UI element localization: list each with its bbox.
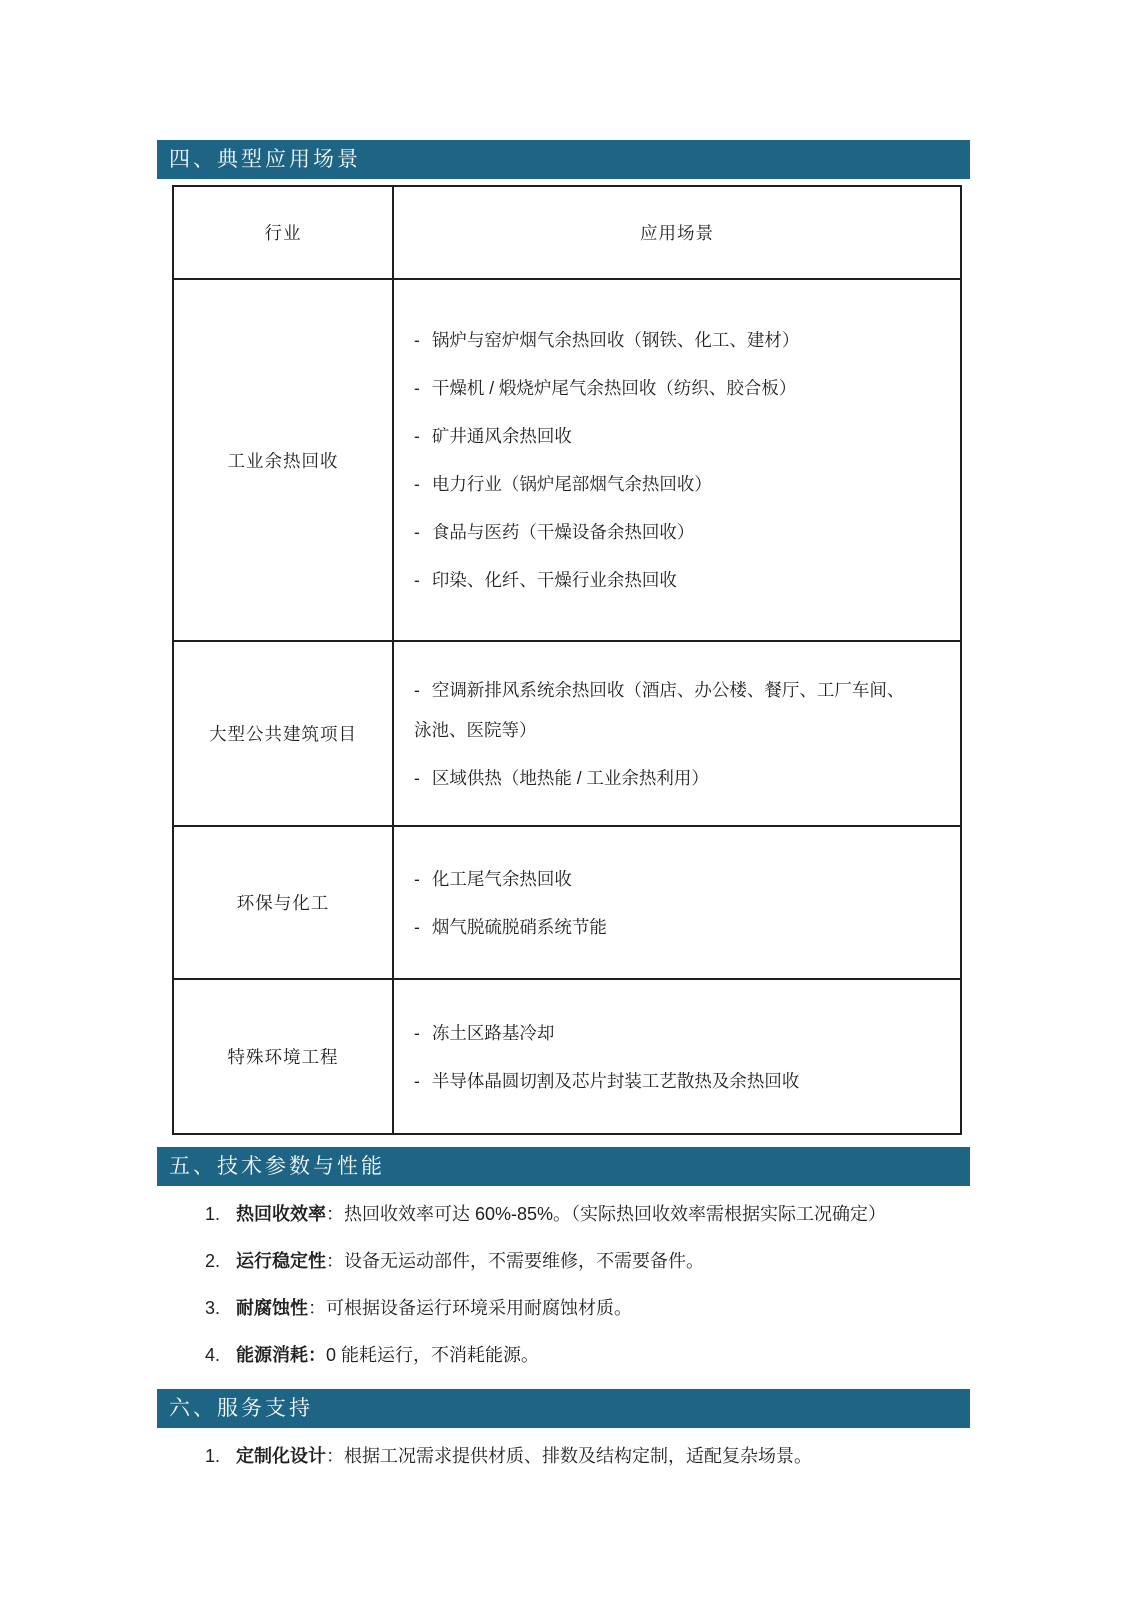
bullet-dash: - — [414, 474, 420, 494]
scenario-item: -化工尾气余热回收 — [414, 859, 905, 899]
scenario-text: 印染、化纤、干燥行业余热回收 — [432, 570, 677, 590]
item-rest-text: 0 能耗运行，不消耗能源。 — [326, 1345, 539, 1365]
scenario-text: 化工尾气余热回收 — [432, 869, 572, 889]
technical-parameters-list: 1. 热回收效率：热回收效率可达 60%-85%。（实际热回收效率需根据实际工况… — [157, 1201, 970, 1368]
item-rest-text: ：根据工况需求提供材质、排数及结构定制，适配复杂场景。 — [326, 1446, 812, 1466]
scenario-item: -印染、化纤、干燥行业余热回收 — [414, 560, 905, 600]
list-item: 2. 运行稳定性：设备无运动部件，不需要维修，不需要备件。 — [157, 1248, 970, 1274]
scenario-item: -半导体晶圆切割及芯片封装工艺散热及余热回收 — [414, 1061, 905, 1101]
industry-cell: 工业余热回收 — [173, 279, 393, 641]
document-content: 四、典型应用场景 行业 应用场景 工业余热回收 -锅炉与窑炉烟气余热回收（钢铁、… — [157, 140, 970, 1490]
item-number: 2. — [205, 1248, 236, 1274]
bullet-dash: - — [414, 330, 420, 350]
section-header-technical-parameters: 五、技术参数与性能 — [157, 1147, 970, 1186]
bullet-dash: - — [414, 570, 420, 590]
item-text: 耐腐蚀性：可根据设备运行环境采用耐腐蚀材质。 — [236, 1295, 970, 1321]
bullet-dash: - — [414, 1023, 420, 1043]
list-item: 1. 定制化设计：根据工况需求提供材质、排数及结构定制，适配复杂场景。 — [157, 1443, 970, 1469]
scenario-item: -电力行业（锅炉尾部烟气余热回收） — [414, 464, 905, 504]
scenario-text: 区域供热（地热能 / 工业余热利用） — [432, 768, 709, 788]
bullet-dash: - — [414, 426, 420, 446]
scenario-item: -食品与医药（干燥设备余热回收） — [414, 512, 905, 552]
table-row: 特殊环境工程 -冻土区路基冷却 -半导体晶圆切割及芯片封装工艺散热及余热回收 — [173, 979, 961, 1134]
scenario-text: 冻土区路基冷却 — [432, 1023, 555, 1043]
scenario-text: 食品与医药（干燥设备余热回收） — [432, 522, 695, 542]
scenario-item: -冻土区路基冷却 — [414, 1013, 905, 1053]
scenario-item: -区域供热（地热能 / 工业余热利用） — [414, 758, 905, 798]
item-lead-label: 运行稳定性 — [236, 1251, 326, 1271]
industry-cell: 大型公共建筑项目 — [173, 641, 393, 826]
item-lead-label: 能源消耗： — [236, 1345, 326, 1365]
list-item: 3. 耐腐蚀性：可根据设备运行环境采用耐腐蚀材质。 — [157, 1295, 970, 1321]
scenarios-cell: -化工尾气余热回收 -烟气脱硫脱硝系统节能 — [393, 826, 961, 979]
scenarios-cell: -冻土区路基冷却 -半导体晶圆切割及芯片封装工艺散热及余热回收 — [393, 979, 961, 1134]
item-text: 定制化设计：根据工况需求提供材质、排数及结构定制，适配复杂场景。 — [236, 1443, 970, 1469]
scenario-item: -烟气脱硫脱硝系统节能 — [414, 907, 905, 947]
list-item: 1. 热回收效率：热回收效率可达 60%-85%。（实际热回收效率需根据实际工况… — [157, 1201, 970, 1227]
scenario-text: 半导体晶圆切割及芯片封装工艺散热及余热回收 — [432, 1071, 800, 1091]
bullet-dash: - — [414, 869, 420, 889]
table-row: 环保与化工 -化工尾气余热回收 -烟气脱硫脱硝系统节能 — [173, 826, 961, 979]
bullet-dash: - — [414, 768, 420, 788]
scenario-item: -空调新排风系统余热回收（酒店、办公楼、餐厅、工厂车间、泳池、医院等） — [414, 670, 905, 750]
industry-cell: 特殊环境工程 — [173, 979, 393, 1134]
scenario-item: -干燥机 / 煅烧炉尾气余热回收（纺织、胶合板） — [414, 368, 905, 408]
item-number: 1. — [205, 1443, 236, 1469]
item-number: 1. — [205, 1201, 236, 1227]
scenario-item: -矿井通风余热回收 — [414, 416, 905, 456]
scenario-text: 空调新排风系统余热回收（酒店、办公楼、餐厅、工厂车间、泳池、医院等） — [414, 680, 904, 740]
service-support-list: 1. 定制化设计：根据工况需求提供材质、排数及结构定制，适配复杂场景。 — [157, 1443, 970, 1469]
column-header-industry: 行业 — [173, 186, 393, 279]
table-row: 大型公共建筑项目 -空调新排风系统余热回收（酒店、办公楼、餐厅、工厂车间、泳池、… — [173, 641, 961, 826]
scenario-text: 电力行业（锅炉尾部烟气余热回收） — [432, 474, 712, 494]
bullet-dash: - — [414, 1071, 420, 1091]
column-header-scenarios: 应用场景 — [393, 186, 961, 279]
bullet-dash: - — [414, 680, 420, 700]
table-header-row: 行业 应用场景 — [173, 186, 961, 279]
section-header-typical-applications: 四、典型应用场景 — [157, 140, 970, 179]
item-rest-text: ：热回收效率可达 60%-85%。（实际热回收效率需根据实际工况确定） — [326, 1204, 886, 1224]
scenarios-cell: -锅炉与窑炉烟气余热回收（钢铁、化工、建材） -干燥机 / 煅烧炉尾气余热回收（… — [393, 279, 961, 641]
scenario-text: 锅炉与窑炉烟气余热回收（钢铁、化工、建材） — [432, 330, 800, 350]
item-text: 热回收效率：热回收效率可达 60%-85%。（实际热回收效率需根据实际工况确定） — [236, 1201, 970, 1227]
scenario-item: -锅炉与窑炉烟气余热回收（钢铁、化工、建材） — [414, 320, 905, 360]
item-rest-text: ：可根据设备运行环境采用耐腐蚀材质。 — [308, 1298, 632, 1318]
item-text: 运行稳定性：设备无运动部件，不需要维修，不需要备件。 — [236, 1248, 970, 1274]
scenarios-cell: -空调新排风系统余热回收（酒店、办公楼、餐厅、工厂车间、泳池、医院等） -区域供… — [393, 641, 961, 826]
document-page: 四、典型应用场景 行业 应用场景 工业余热回收 -锅炉与窑炉烟气余热回收（钢铁、… — [0, 0, 1131, 1600]
item-lead-label: 定制化设计 — [236, 1446, 326, 1466]
applications-table: 行业 应用场景 工业余热回收 -锅炉与窑炉烟气余热回收（钢铁、化工、建材） -干… — [172, 185, 962, 1135]
industry-cell: 环保与化工 — [173, 826, 393, 979]
bullet-dash: - — [414, 378, 420, 398]
item-text: 能源消耗：0 能耗运行，不消耗能源。 — [236, 1342, 970, 1368]
item-number: 3. — [205, 1295, 236, 1321]
section-header-service-support: 六、服务支持 — [157, 1389, 970, 1428]
bullet-dash: - — [414, 917, 420, 937]
scenario-text: 干燥机 / 煅烧炉尾气余热回收（纺织、胶合板） — [432, 378, 797, 398]
list-item: 4. 能源消耗：0 能耗运行，不消耗能源。 — [157, 1342, 970, 1368]
item-lead-label: 热回收效率 — [236, 1204, 326, 1224]
table-row: 工业余热回收 -锅炉与窑炉烟气余热回收（钢铁、化工、建材） -干燥机 / 煅烧炉… — [173, 279, 961, 641]
item-rest-text: ：设备无运动部件，不需要维修，不需要备件。 — [326, 1251, 704, 1271]
scenario-text: 矿井通风余热回收 — [432, 426, 572, 446]
item-lead-label: 耐腐蚀性 — [236, 1298, 308, 1318]
item-number: 4. — [205, 1342, 236, 1368]
bullet-dash: - — [414, 522, 420, 542]
scenario-text: 烟气脱硫脱硝系统节能 — [432, 917, 607, 937]
